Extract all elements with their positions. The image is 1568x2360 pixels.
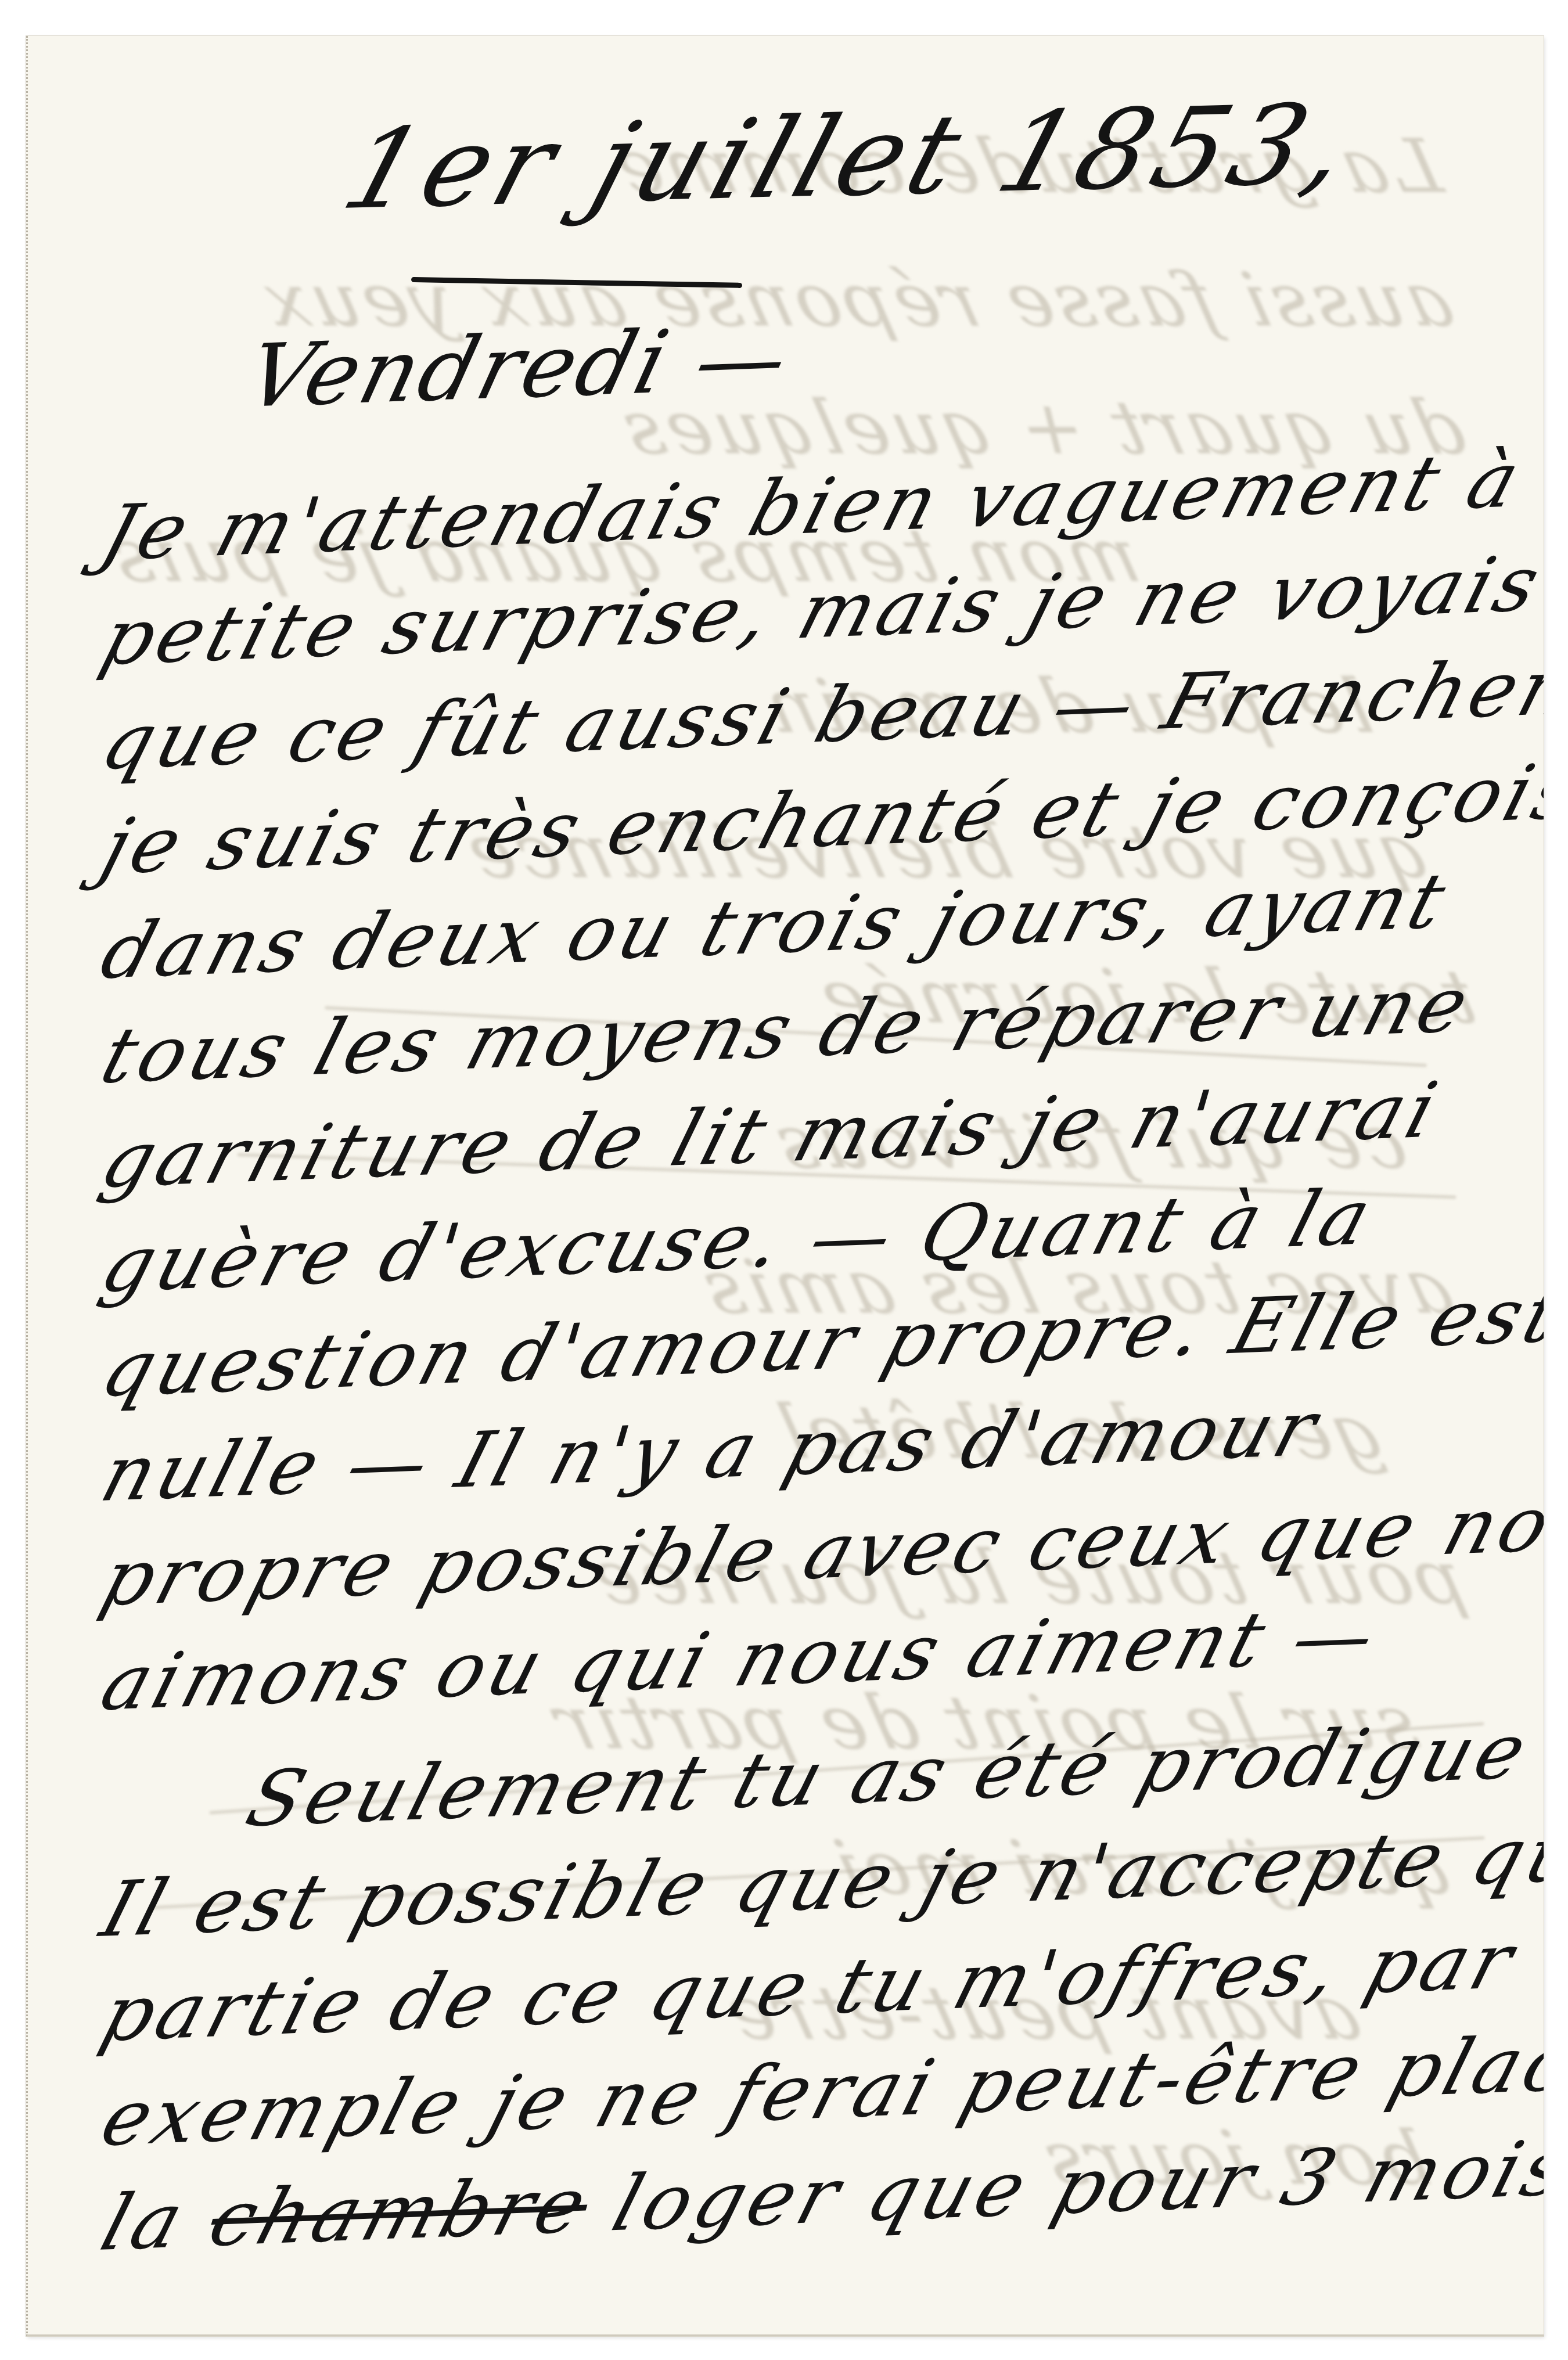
letter-date: 1er juillet 1853,: [330, 80, 1370, 234]
final-line-prefix: la: [92, 2176, 197, 2268]
date-underline: [411, 277, 742, 288]
struck-out-word: chambre: [200, 2161, 600, 2264]
letter-weekday: Vendredi —: [237, 308, 801, 427]
letter-sheet: La gratitude comme aussi fasse réponse a…: [26, 36, 1544, 2336]
final-line-suffix: loger que pour 3 mois;: [603, 2122, 1544, 2249]
